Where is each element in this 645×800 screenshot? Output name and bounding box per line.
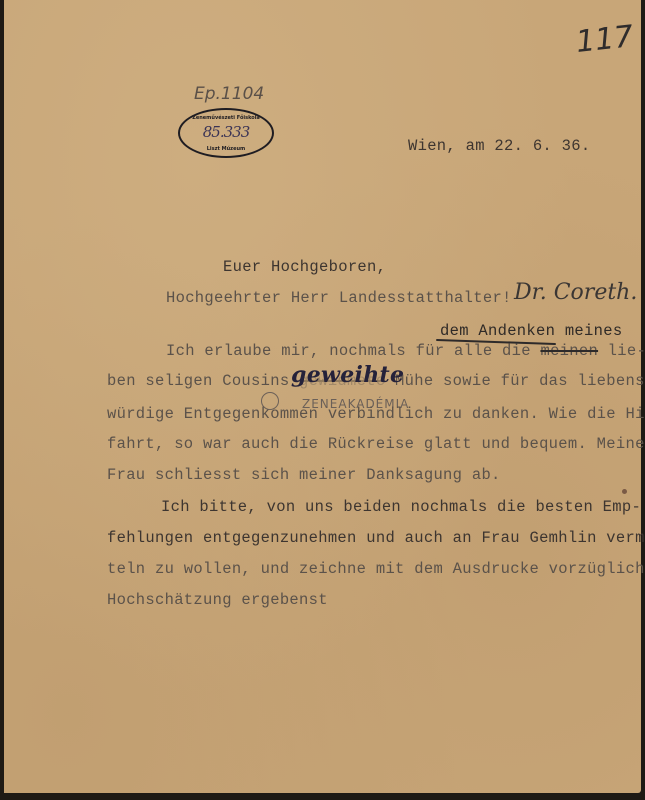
letter-page: 117 Ep.1104 Zeneművészeti Főiskola 85.33… [4,0,641,793]
salutation-line-2: Hochgeehrter Herr Landesstatthalter! [166,289,512,307]
body-line-1: Ich erlaube mir, nochmals für alle die m… [166,342,645,360]
handwritten-insertion: dem Andenken meines [440,322,622,340]
shelfmark: Ep.1104 [194,84,264,104]
body-line-9: Hochschätzung ergebenst [107,591,328,609]
struck-word: meinen [540,342,598,360]
body-line-6: Ich bitte, von uns beiden nochmals die b… [161,498,641,516]
library-stamp: Zeneművészeti Főiskola 85.333 Liszt Múze… [178,108,274,158]
body-line-8: teln zu wollen, und zeichne mit dem Ausd… [107,560,645,578]
body-line-2: ben seligen Cousins gewidmetegeweihte Mü… [107,372,645,390]
salutation-line-1: Euer Hochgeboren, [223,258,386,276]
body-line-7: fehlungen entgegenzunehmen und auch an F… [107,529,645,547]
stamp-bottom-text: Liszt Múzeum [180,146,272,152]
handwritten-correction: geweihte [291,362,404,388]
stamp-number: 85.333 [180,123,272,141]
body-line-3: würdige Entgegenkommen verbindlich zu da… [107,405,645,423]
body-line-4: fahrt, so war auch die Rückreise glatt u… [107,435,645,453]
folio-number: 117 [574,19,635,60]
body-line-5: Frau schliesst sich meiner Danksagung ab… [107,466,501,484]
stamp-top-text: Zeneművészeti Főiskola [180,115,272,121]
place-date: Wien, am 22. 6. 36. [408,137,590,155]
handwritten-addressee: Dr. Coreth. [514,280,637,305]
ink-spot [622,489,627,494]
